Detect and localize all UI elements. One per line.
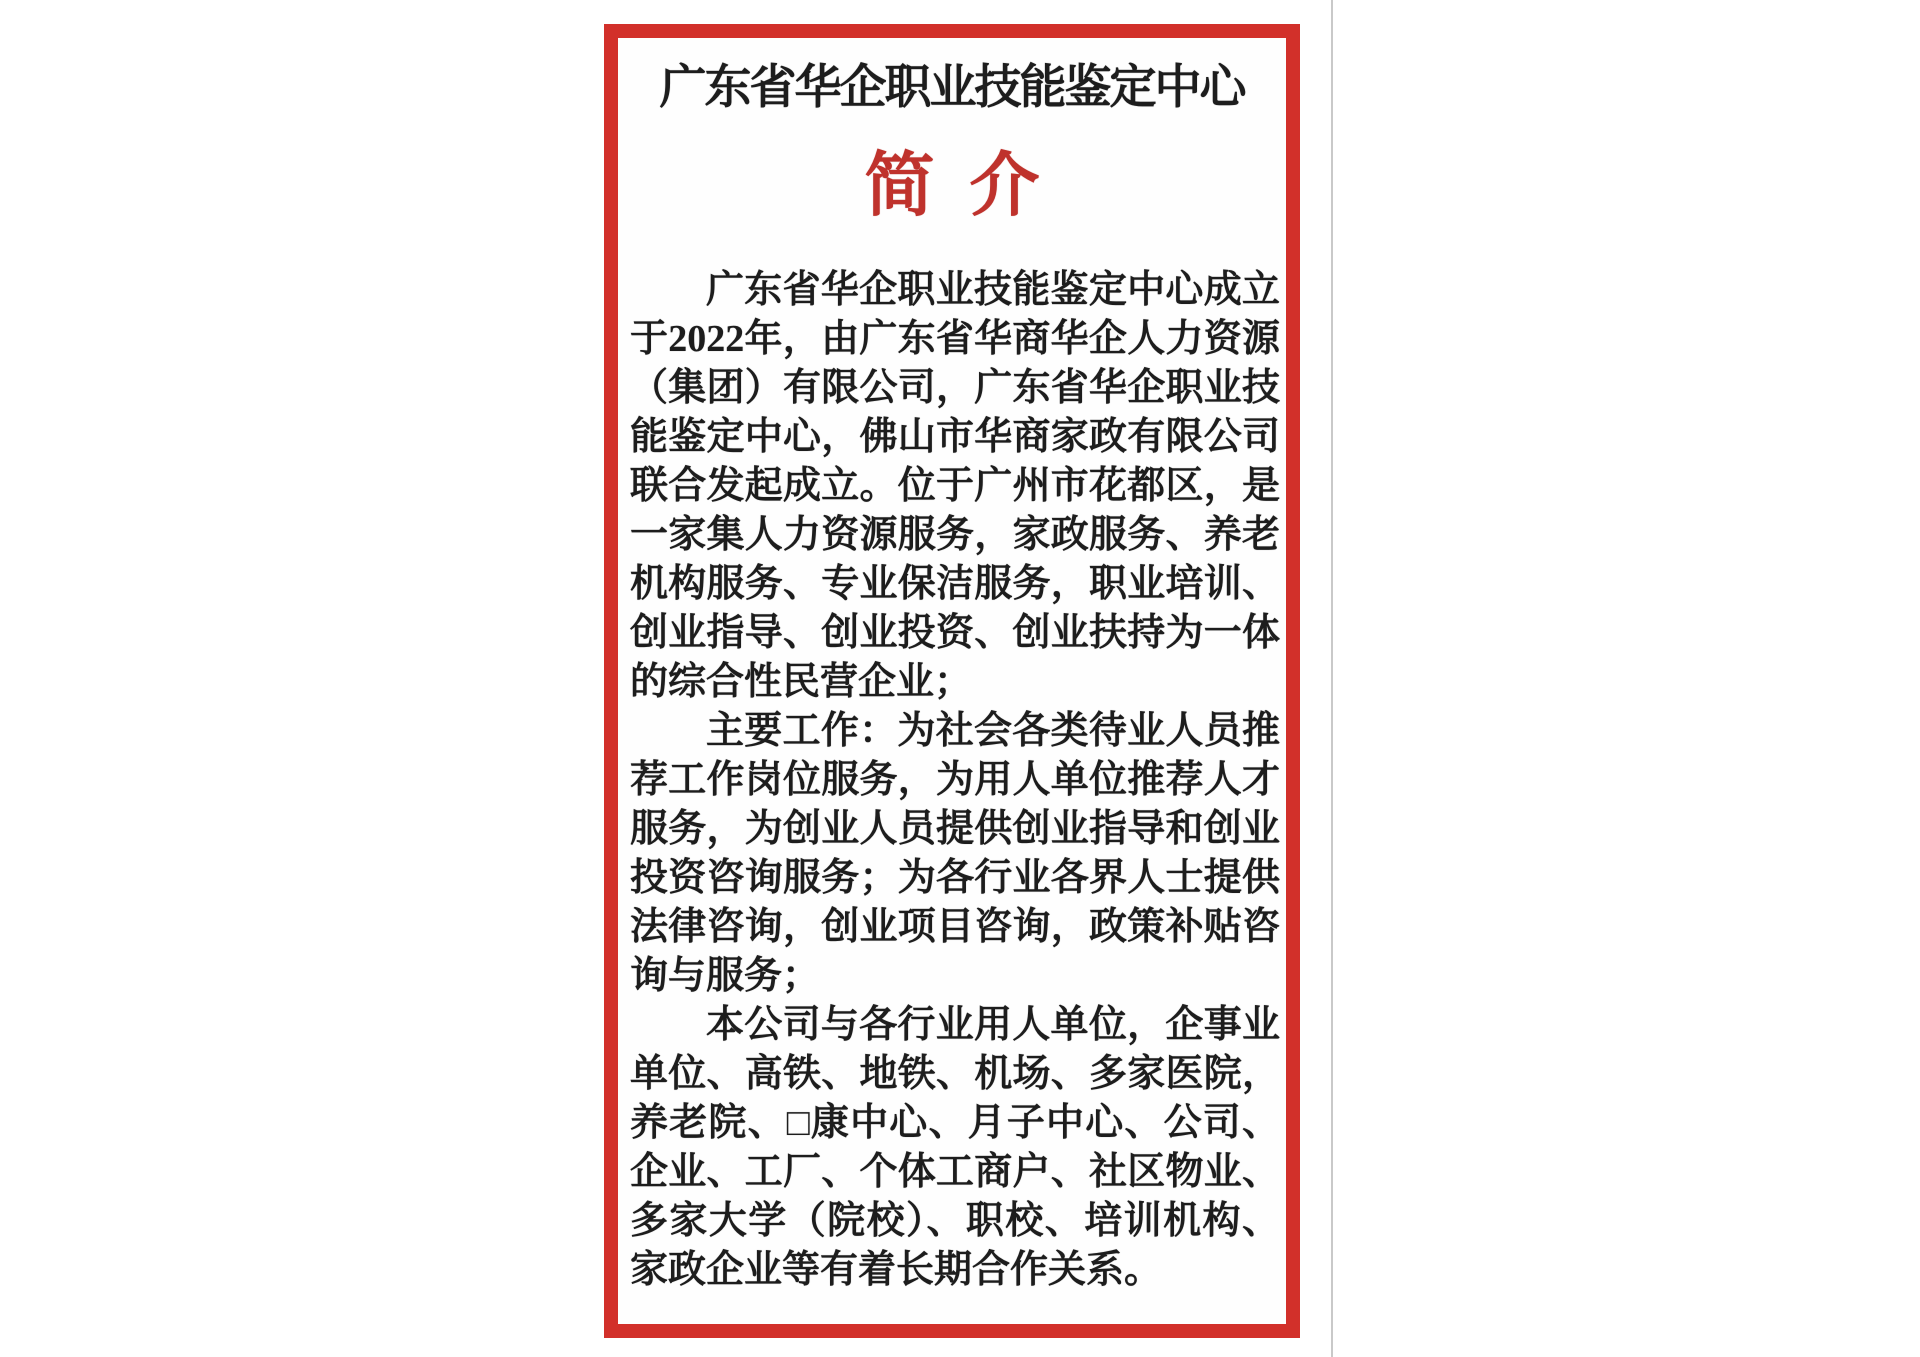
document-body: 广东省华企职业技能鉴定中心成立于2022年，由广东省华商华企人力资源（集团）有限…: [618, 266, 1286, 1295]
page: 广东省华企职业技能鉴定中心 简 介 广东省华企职业技能鉴定中心成立于2022年，…: [0, 0, 1920, 1357]
paragraph-company-intro: 广东省华企职业技能鉴定中心成立于2022年，由广东省华商华企人力资源（集团）有限…: [630, 266, 1280, 707]
document-frame: 广东省华企职业技能鉴定中心 简 介 广东省华企职业技能鉴定中心成立于2022年，…: [604, 24, 1300, 1338]
document-subtitle: 简 介: [618, 150, 1286, 224]
paragraph-cooperation: 本公司与各行业用人单位，企事业单位、高铁、地铁、机场、多家医院，养老院、□康中心…: [630, 1001, 1280, 1295]
paragraph-main-work: 主要工作：为社会各类待业人员推荐工作岗位服务，为用人单位推荐人才服务，为创业人员…: [630, 707, 1280, 1001]
document-title: 广东省华企职业技能鉴定中心: [618, 64, 1286, 114]
page-divider-line: [1331, 0, 1333, 1357]
